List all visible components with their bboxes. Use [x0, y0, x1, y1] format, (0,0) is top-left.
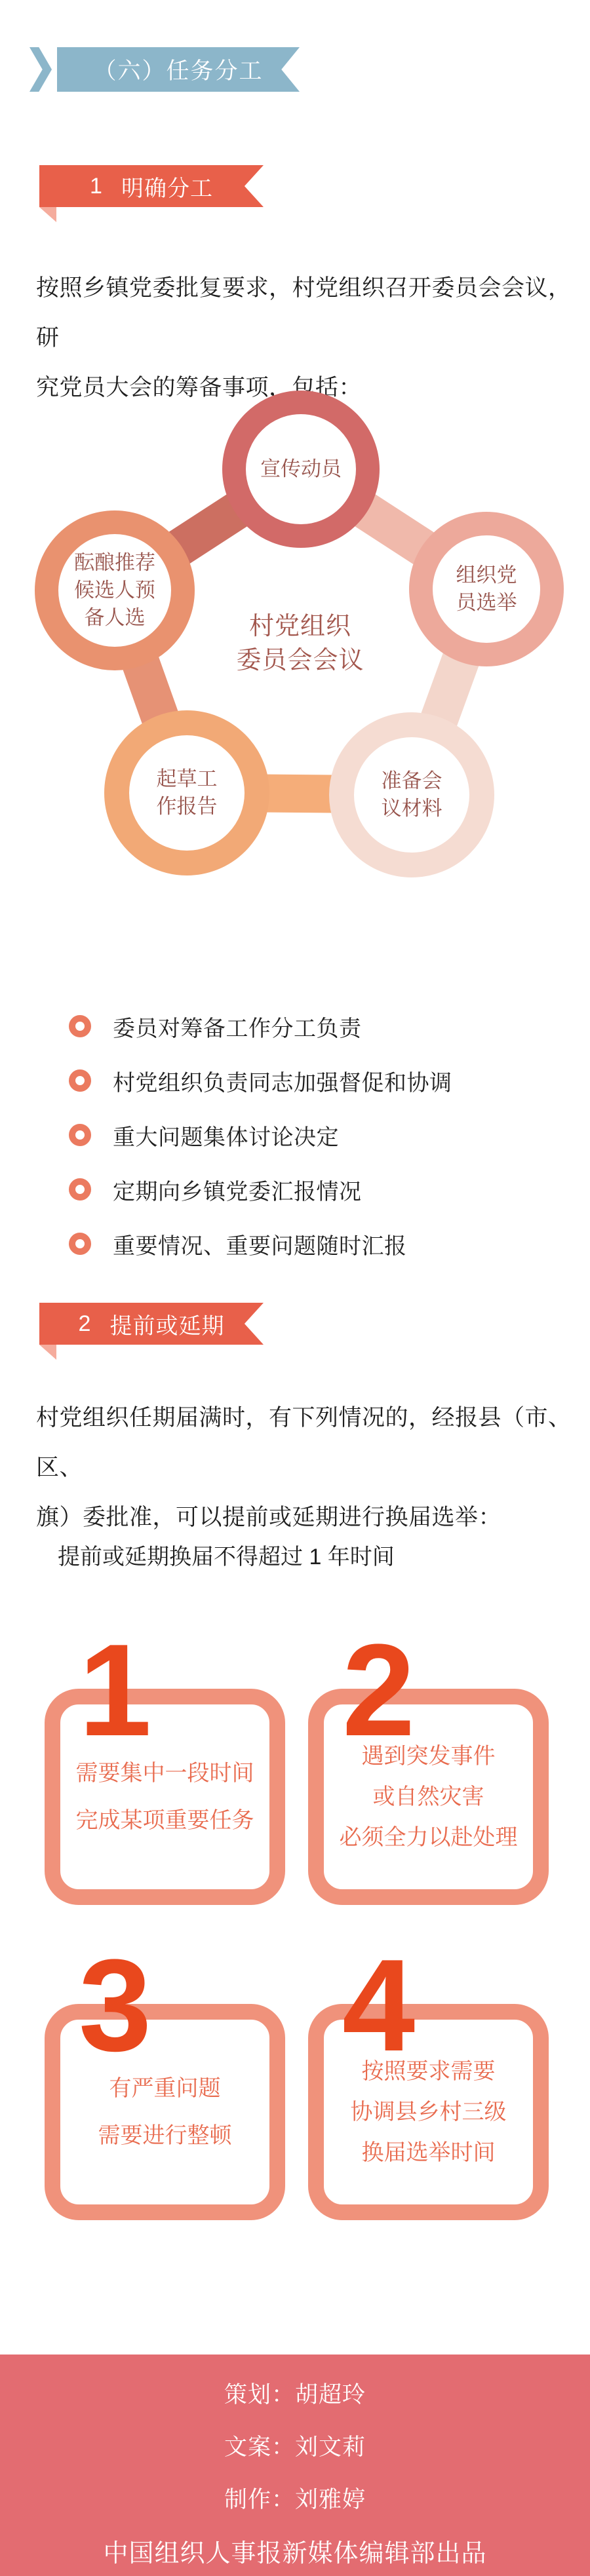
list-item-text: 重要情况、重要问题随时汇报 [113, 1228, 407, 1260]
list-item-text: 定期向乡镇党委汇报情况 [113, 1174, 362, 1206]
diagram-node-right-label: 组织党 员选举 [456, 562, 517, 617]
section2-number: 2 [79, 1311, 92, 1337]
diagram-node-bottom-left: 起草工 作报告 [104, 710, 269, 875]
diagram-node-top-label: 宣传动员 [260, 455, 342, 483]
reason-card-3: 3 有严重问题 需要进行整顿 [45, 2004, 285, 2220]
list-item-text: 村党组织负责同志加强督促和协调 [113, 1065, 452, 1097]
credit-producer: 制作：刘雅婷 [224, 2486, 366, 2514]
section2-intro-text: 村党组织任期届满时，有下列情况的，经报县（市、区、 旗）委批准，可以提前或延期进… [36, 1393, 574, 1543]
card-number: 3 [79, 1957, 151, 2055]
section1-title: 明确分工 [121, 170, 213, 202]
card-number: 1 [79, 1642, 151, 1740]
section2-banner: 2 提前或延期 [39, 1303, 264, 1345]
section2-banner-body: 2 提前或延期 [39, 1303, 264, 1345]
list-item-text: 重大问题集体讨论决定 [113, 1119, 339, 1151]
infographic-page: （六）任务分工 1 明确分工 按照乡镇党委批复要求，村党组织召开委员会会议，研 … [0, 0, 590, 2576]
diagram-node-bottom-right-label: 准备会 议材料 [382, 767, 442, 822]
ribbon-fold-icon [39, 1345, 56, 1360]
list-item-text: 委员对筹备工作分工负责 [113, 1010, 362, 1043]
diagram-node-bottom-left-label: 起草工 作报告 [157, 765, 218, 820]
reason-card-4: 4 按照要求需要 协调县乡村三级 换届选举时间 [308, 2004, 549, 2220]
ribbon-chevron-icon [29, 47, 52, 92]
credit-writer: 文案：刘文莉 [224, 2433, 366, 2462]
diagram-node-right: 组织党 员选举 [409, 512, 564, 666]
bullet-ring-icon [69, 1069, 91, 1092]
section2-title: 提前或延期 [109, 1308, 224, 1340]
section1-banner-body: 1 明确分工 [39, 165, 264, 207]
list-item: 重要情况、重要问题随时汇报 [69, 1231, 407, 1257]
footer: 策划：胡超玲 文案：刘文莉 制作：刘雅婷 中国组织人事报新媒体编辑部出品 [0, 2355, 590, 2576]
list-item: 重大问题集体讨论决定 [69, 1122, 339, 1148]
list-item: 村党组织负责同志加强督促和协调 [69, 1067, 452, 1094]
credit-planner: 策划：胡超玲 [224, 2381, 366, 2410]
page-title: （六）任务分工 [93, 53, 263, 86]
list-item: 定期向乡镇党委汇报情况 [69, 1176, 362, 1202]
bullet-ring-icon [69, 1233, 91, 1255]
list-item: 委员对筹备工作分工负责 [69, 1013, 362, 1039]
diagram-node-top: 宣传动员 [222, 391, 380, 548]
bullet-ring-icon [69, 1124, 91, 1146]
section1-banner: 1 明确分工 [39, 165, 264, 207]
diagram-node-bottom-right: 准备会 议材料 [329, 712, 494, 877]
reason-card-2: 2 遇到突发事件 或自然灾害 必须全力以赴处理 [308, 1689, 549, 1905]
publisher-line: 中国组织人事报新媒体编辑部出品 [103, 2538, 486, 2569]
one-year-note: 提前或延期换届不得超过 1 年时间 [58, 1544, 395, 1570]
ribbon-fold-icon [39, 207, 56, 222]
diagram-center-label: 村党组织 委员会会议 [169, 609, 431, 678]
card-number: 2 [342, 1642, 415, 1740]
header-ribbon-body: （六）任务分工 [57, 47, 300, 92]
diagram-node-left-label: 酝酿推荐 候选人预 备人选 [74, 549, 155, 632]
card-number: 4 [342, 1957, 415, 2055]
bullet-ring-icon [69, 1015, 91, 1037]
reason-card-1: 1 需要集中一段时间 完成某项重要任务 [45, 1689, 285, 1905]
section1-number: 1 [90, 174, 103, 199]
header-ribbon: （六）任务分工 [29, 47, 300, 92]
bullet-ring-icon [69, 1178, 91, 1201]
committee-meeting-diagram: 宣传动员 组织党 员选举 准备会 议材料 起草工 作报告 酝酿推荐 候选人预 备… [0, 367, 590, 976]
